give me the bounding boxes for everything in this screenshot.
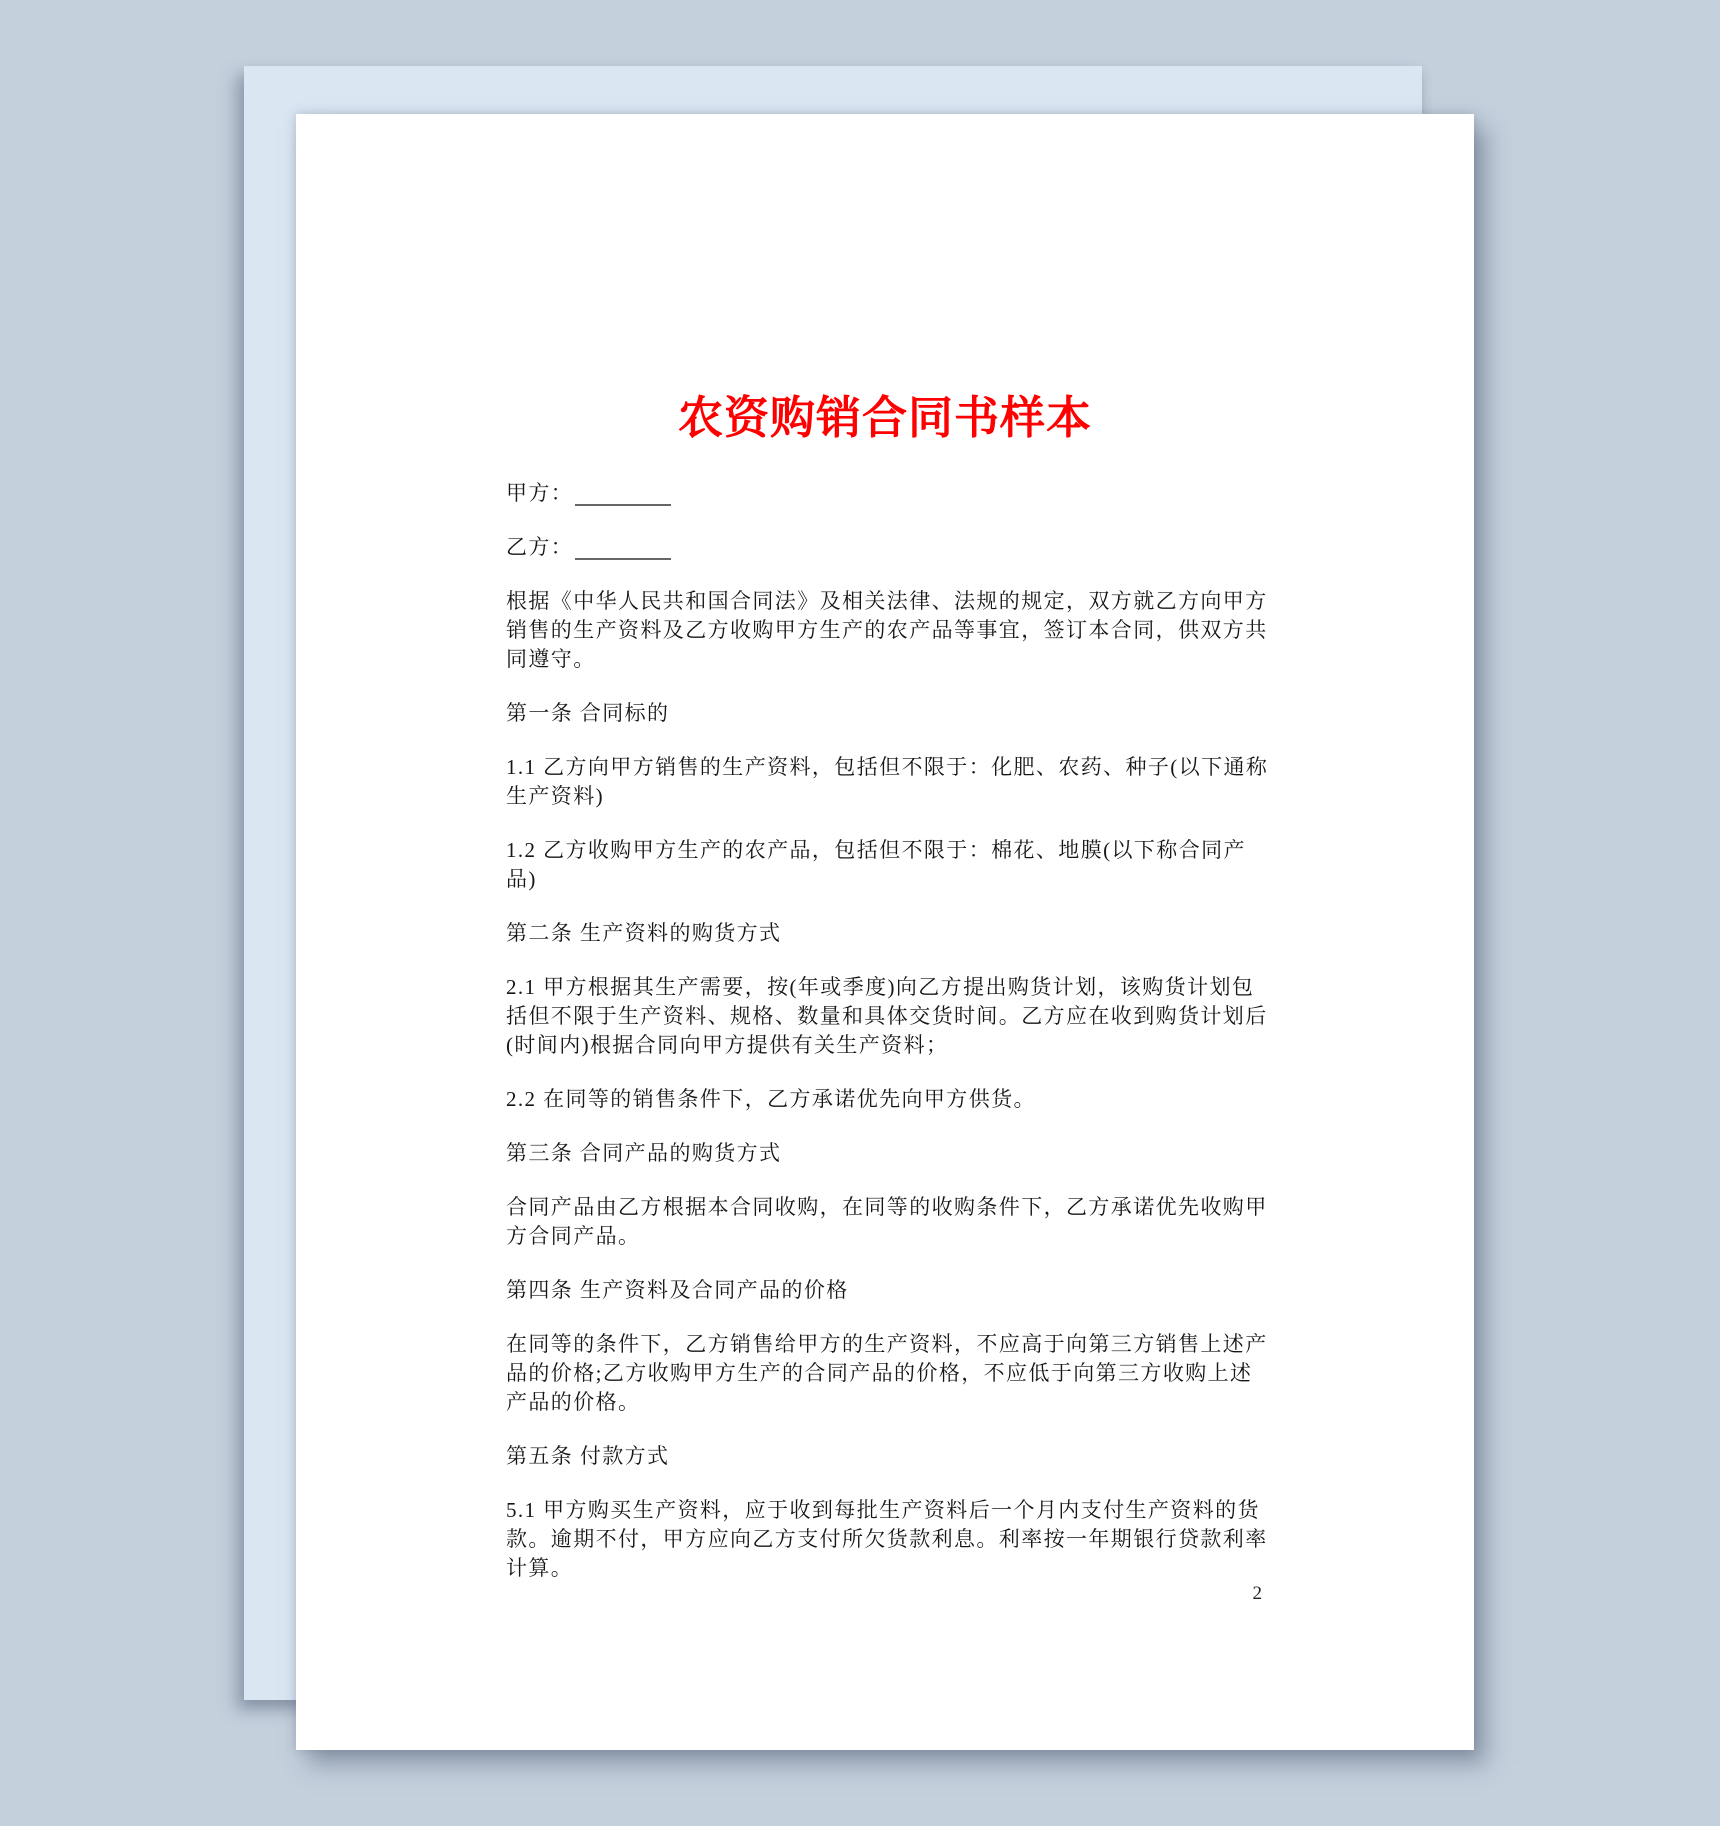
paragraph: 1.2 乙方收购甲方生产的农产品，包括但不限于：棉花、地膜(以下称合同产品) — [506, 836, 1272, 894]
blank-underline: ________ — [575, 536, 671, 560]
front-page: 农资购销合同书样本 甲方：________乙方：________根据《中华人民共… — [296, 114, 1474, 1750]
paragraph: 5.1 甲方购买生产资料，应于收到每批生产资料后一个月内支付生产资料的货款。逾期… — [506, 1496, 1272, 1583]
fill-in-field: 乙方：________ — [506, 533, 1272, 562]
paragraph: 1.1 乙方向甲方销售的生产资料，包括但不限于：化肥、农药、种子(以下通称生产资… — [506, 753, 1272, 811]
field-label: 甲方： — [506, 481, 573, 505]
clause-heading: 第五条 付款方式 — [506, 1442, 1272, 1471]
paragraph: 根据《中华人民共和国合同法》及相关法律、法规的规定，双方就乙方向甲方销售的生产资… — [506, 587, 1272, 674]
document-title: 农资购销合同书样本 — [296, 394, 1474, 442]
paragraph: 在同等的条件下，乙方销售给甲方的生产资料，不应高于向第三方销售上述产品的价格;乙… — [506, 1330, 1272, 1417]
clause-heading: 第二条 生产资料的购货方式 — [506, 919, 1272, 948]
paragraph: 合同产品由乙方根据本合同收购，在同等的收购条件下，乙方承诺优先收购甲方合同产品。 — [506, 1193, 1272, 1251]
clause-heading: 第四条 生产资料及合同产品的价格 — [506, 1276, 1272, 1305]
fill-in-field: 甲方：________ — [506, 479, 1272, 508]
paragraph: 2.1 甲方根据其生产需要，按(年或季度)向乙方提出购货计划，该购货计划包括但不… — [506, 973, 1272, 1060]
clause-heading: 第三条 合同产品的购货方式 — [506, 1139, 1272, 1168]
document-body: 甲方：________乙方：________根据《中华人民共和国合同法》及相关法… — [506, 479, 1272, 1608]
desktop-background: { "colors": { "background": "#c5d0dd", "… — [0, 0, 1720, 1826]
field-label: 乙方： — [506, 535, 573, 559]
paragraph: 2.2 在同等的销售条件下，乙方承诺优先向甲方供货。 — [506, 1085, 1272, 1114]
page-number: 2 — [296, 1582, 1262, 1606]
blank-underline: ________ — [575, 482, 671, 506]
clause-heading: 第一条 合同标的 — [506, 699, 1272, 728]
